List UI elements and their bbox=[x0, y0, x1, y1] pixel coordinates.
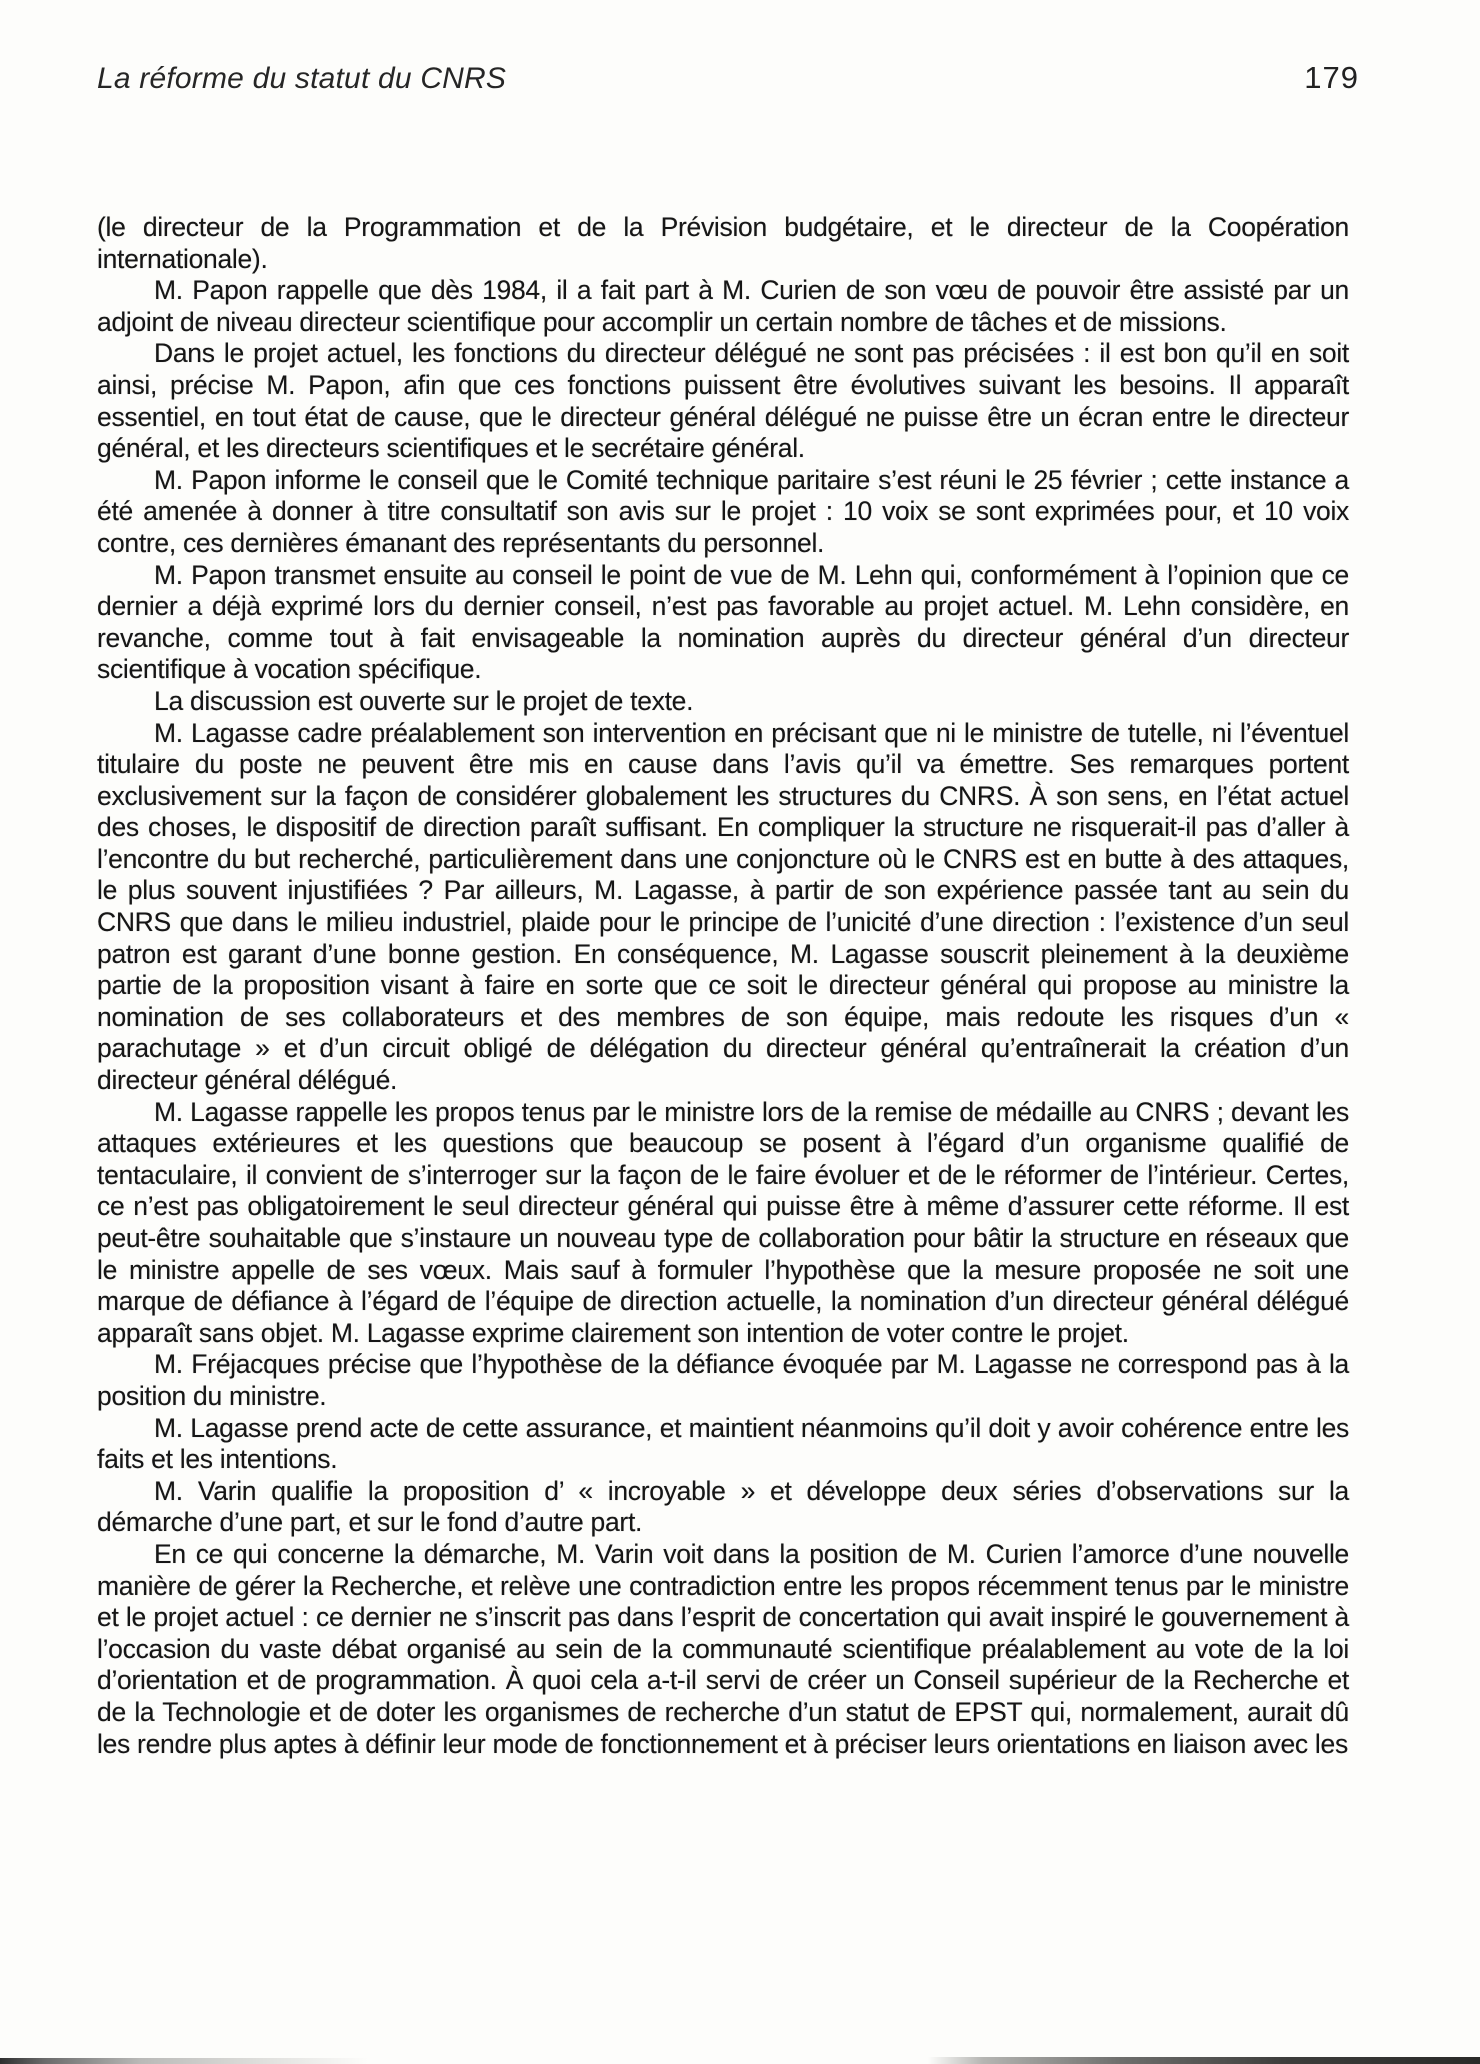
paragraph: M. Papon transmet ensuite au conseil le … bbox=[97, 560, 1349, 686]
paragraph: En ce qui concerne la démarche, M. Varin… bbox=[97, 1539, 1349, 1760]
paragraph: M. Lagasse prend acte de cette assurance… bbox=[97, 1413, 1349, 1476]
paragraph: M. Fréjacques précise que l’hypothèse de… bbox=[97, 1349, 1349, 1412]
scan-artifact-bottom-left bbox=[0, 2058, 368, 2064]
paragraph: Dans le projet actuel, les fonctions du … bbox=[97, 338, 1349, 464]
running-header: La réforme du statut du CNRS 179 bbox=[97, 60, 1359, 96]
scanned-document-page: La réforme du statut du CNRS 179 (le dir… bbox=[0, 0, 1480, 2064]
page-number: 179 bbox=[1304, 60, 1359, 96]
scan-artifact-bottom-right bbox=[928, 2057, 1480, 2064]
body-text: (le directeur de la Programmation et de … bbox=[97, 212, 1349, 1760]
paragraph: M. Lagasse rappelle les propos tenus par… bbox=[97, 1097, 1349, 1350]
paragraph: (le directeur de la Programmation et de … bbox=[97, 212, 1349, 275]
running-title: La réforme du statut du CNRS bbox=[97, 62, 506, 96]
paragraph: La discussion est ouverte sur le projet … bbox=[97, 686, 1349, 718]
paragraph: M. Lagasse cadre préalablement son inter… bbox=[97, 718, 1349, 1097]
paragraph: M. Papon informe le conseil que le Comit… bbox=[97, 465, 1349, 560]
paragraph: M. Varin qualifie la proposition d’ « in… bbox=[97, 1476, 1349, 1539]
paragraph: M. Papon rappelle que dès 1984, il a fai… bbox=[97, 275, 1349, 338]
